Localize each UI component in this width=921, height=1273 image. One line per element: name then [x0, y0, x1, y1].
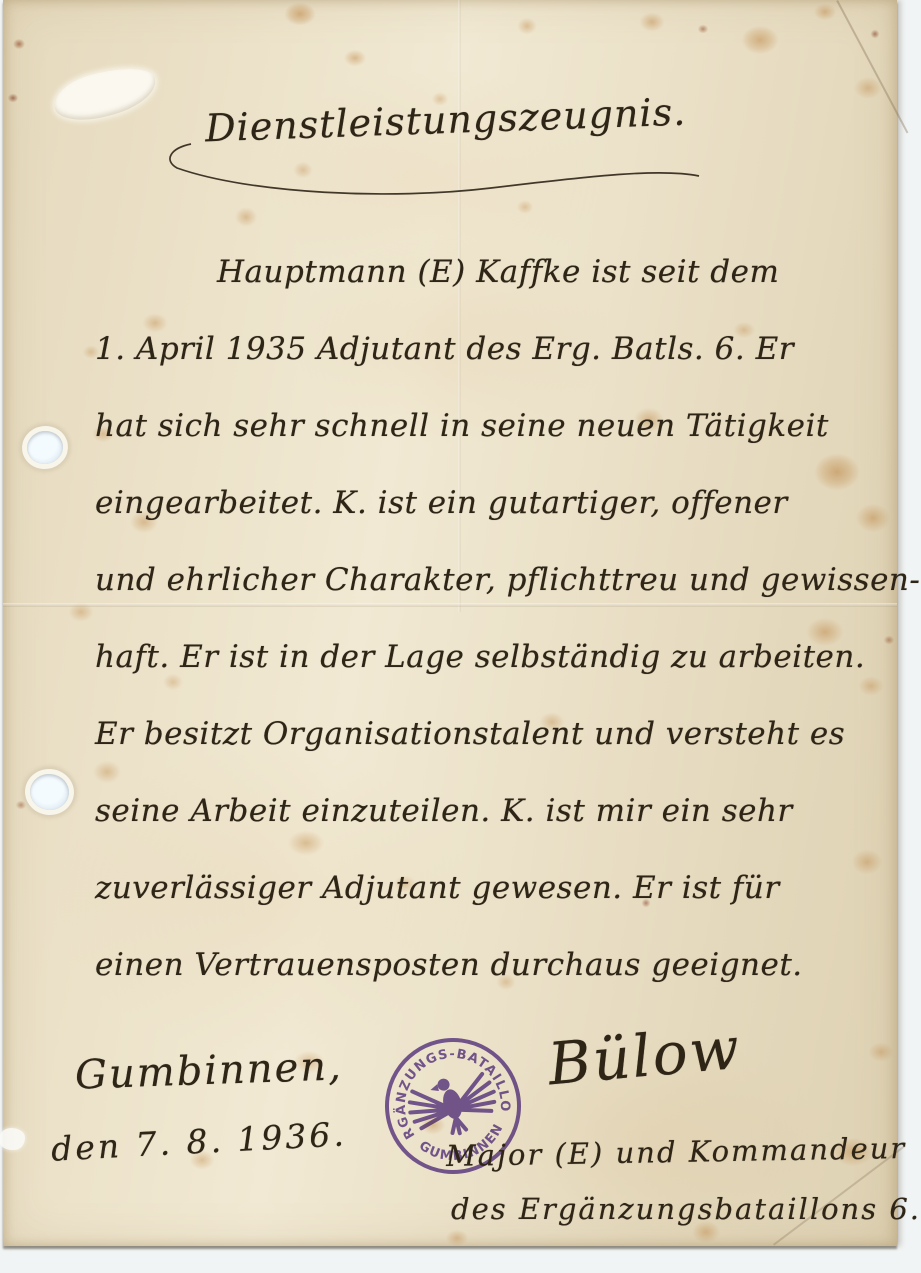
title-flourish-underline — [161, 138, 711, 200]
body-line-8: seine Arbeit einzuteilen. K. ist mir ein… — [95, 793, 895, 870]
body-line-1: Hauptmann (E) Kaffke ist seit dem — [95, 254, 895, 331]
body-line-2: 1. April 1935 Adjutant des Erg. Batls. 6… — [95, 331, 895, 408]
signature-role-line-2: des Ergänzungsbataillons 6. — [451, 1192, 921, 1226]
paper-chip — [0, 1128, 25, 1150]
body-line-9: zuverlässiger Adjutant gewesen. Er ist f… — [95, 870, 895, 947]
punch-hole-bottom — [28, 772, 71, 812]
corner-fold-crease — [836, 0, 908, 133]
body-line-10: einen Vertrauensposten durchaus geeignet… — [95, 947, 895, 1024]
scanned-letter: Dienstleistungszeugnis. Hauptmann (E) Ka… — [0, 0, 921, 1273]
body-line-6: haft. Er ist in der Lage selbständig zu … — [95, 639, 895, 716]
paper-sheet: Dienstleistungszeugnis. Hauptmann (E) Ka… — [3, 0, 897, 1246]
date-line: den 7. 8. 1936. — [50, 1114, 347, 1168]
eagle-icon — [404, 1067, 501, 1143]
punch-hole-top — [25, 429, 65, 467]
body-line-3: hat sich sehr schnell in seine neuen Tät… — [95, 408, 895, 485]
place-name: Gumbinnen, — [74, 1043, 343, 1098]
signature: Bülow — [545, 1014, 743, 1099]
signature-role-line-1: Major (E) und Kommandeur — [446, 1131, 907, 1173]
paper-tear — [49, 60, 161, 128]
body-line-4: eingearbeitet. K. ist ein gutartiger, of… — [95, 485, 895, 562]
body-line-7: Er besitzt Organisationstalent und verst… — [95, 716, 895, 793]
letter-body: Hauptmann (E) Kaffke ist seit dem 1. Apr… — [95, 254, 895, 1024]
body-line-5: und ehrlicher Charakter, pflichttreu und… — [95, 562, 895, 639]
